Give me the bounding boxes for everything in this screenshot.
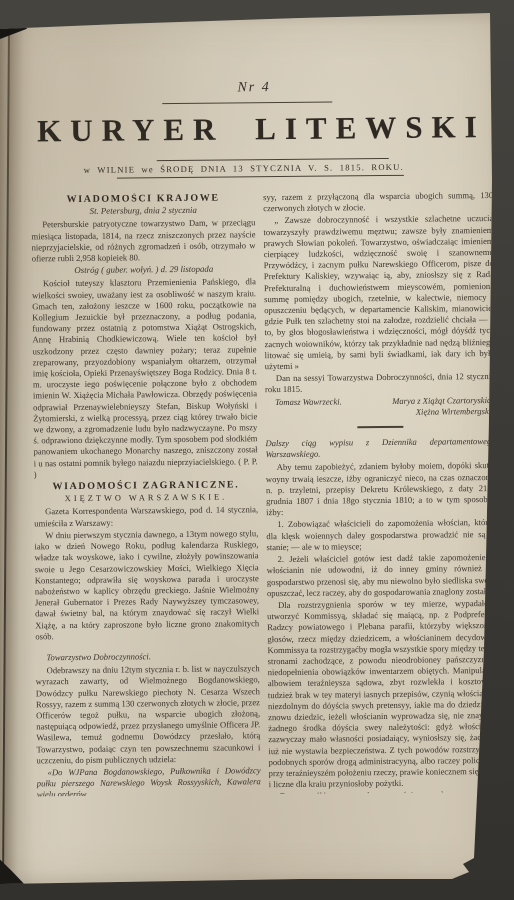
scan-background: Nr 4 KURYER LITEWSKI w WILNIE we ŚRODĘ D… — [0, 0, 514, 900]
rule-below-dateline — [117, 175, 404, 179]
rule-under-issue-number — [162, 101, 332, 104]
section-heading-foreign-news: WIADOMOŚCI ZAGRANICZNE. — [34, 479, 258, 492]
paragraph-address-bogdanowski: «Do WJPana Bogdanowskiego, Pułkownika i … — [37, 765, 261, 796]
paragraph-petersburg: Petersburskie patryotyczne towarzystwo D… — [31, 218, 255, 265]
left-column: WIADOMOŚCI KRAJOWE St. Petersburg, dnia … — [31, 192, 261, 796]
caption-dziennik: Dalszy ciąg wypisu z Dziennika departame… — [265, 436, 495, 461]
subheading-duchy-of-warsaw: XIĘZTWO WARSZAWSKIE. — [34, 492, 258, 505]
signature-wawrzecki: Tomasz Wawrzecki. — [265, 396, 368, 419]
paragraph-charity-letter: Odebrawszy na dniu 12tym stycznia r. b. … — [36, 663, 261, 766]
paragraph-continuation: syy, razem z przyłączoną dla wsparcia ub… — [263, 190, 493, 215]
paragraph-point-1: 1. Zobowiązać właścicieli do zapomożenia… — [266, 517, 496, 553]
column-layout: WIADOMOŚCI KRAJOWE St. Petersburg, dnia … — [31, 190, 499, 796]
section-heading-domestic-news: WIADOMOŚCI KRAJOWE — [31, 192, 255, 205]
italic-title-charity-society: Towarzystwo Dobroczynności. — [35, 650, 259, 663]
signature-czartoryska: Marya z Xiążąt Czartoryskich Xiężna Wirt… — [367, 395, 495, 419]
right-column: syy, razem z przyłączoną dla wsparcia ub… — [263, 190, 499, 794]
masthead-title: KURYER LITEWSKI — [30, 109, 492, 149]
paragraph-ostrog-church: Kościoł tuteyszy klasztoru Przemienienia… — [32, 277, 258, 481]
section-divider-rule — [357, 426, 403, 428]
paragraph-kommissya: Dla rozstrzygnienia sporów w tey mierze,… — [267, 598, 499, 791]
masthead-issue-number: Nr 4 — [16, 78, 492, 99]
signature-row: Tomasz Wawrzecki. Marya z Xiążąt Czartor… — [265, 395, 495, 420]
paragraph-zawsze: „ Zawsze dobroczynność i wszystkie szlac… — [263, 213, 494, 372]
newspaper-page: Nr 4 KURYER LITEWSKI w WILNIE we ŚRODĘ D… — [0, 0, 514, 900]
paragraph-new-year: W dniu pierwszym stycznia dawnego, a 13t… — [34, 528, 259, 642]
masthead-dateline: w WILNIE we ŚRODĘ DNIA 13 STYCZNIA V. S.… — [31, 161, 457, 175]
paragraph-aby-temu: Aby temu zapobieżyć, zdaniem byłoby moie… — [266, 460, 497, 518]
dateline-petersburg: St. Petersburg, dnia 2 stycznia — [31, 204, 255, 217]
paragraph-gazeta-note: Gazeta Korrespondenta Warszawskiego, pod… — [34, 505, 258, 530]
rule-above-dateline — [157, 158, 389, 161]
dateline-ostrog: Ostróg ( guber. wołyń. ) d. 29 listopada — [32, 263, 256, 276]
page-content: Nr 4 KURYER LITEWSKI w WILNIE we ŚRODĘ D… — [30, 78, 499, 796]
paragraph-dan-na-sessyi: Dan na sessyi Towarzystwa Dobroczynności… — [265, 371, 495, 396]
paragraph-point-2: 2. Jeżeli właściciel gotów iest dadź tak… — [267, 552, 497, 599]
